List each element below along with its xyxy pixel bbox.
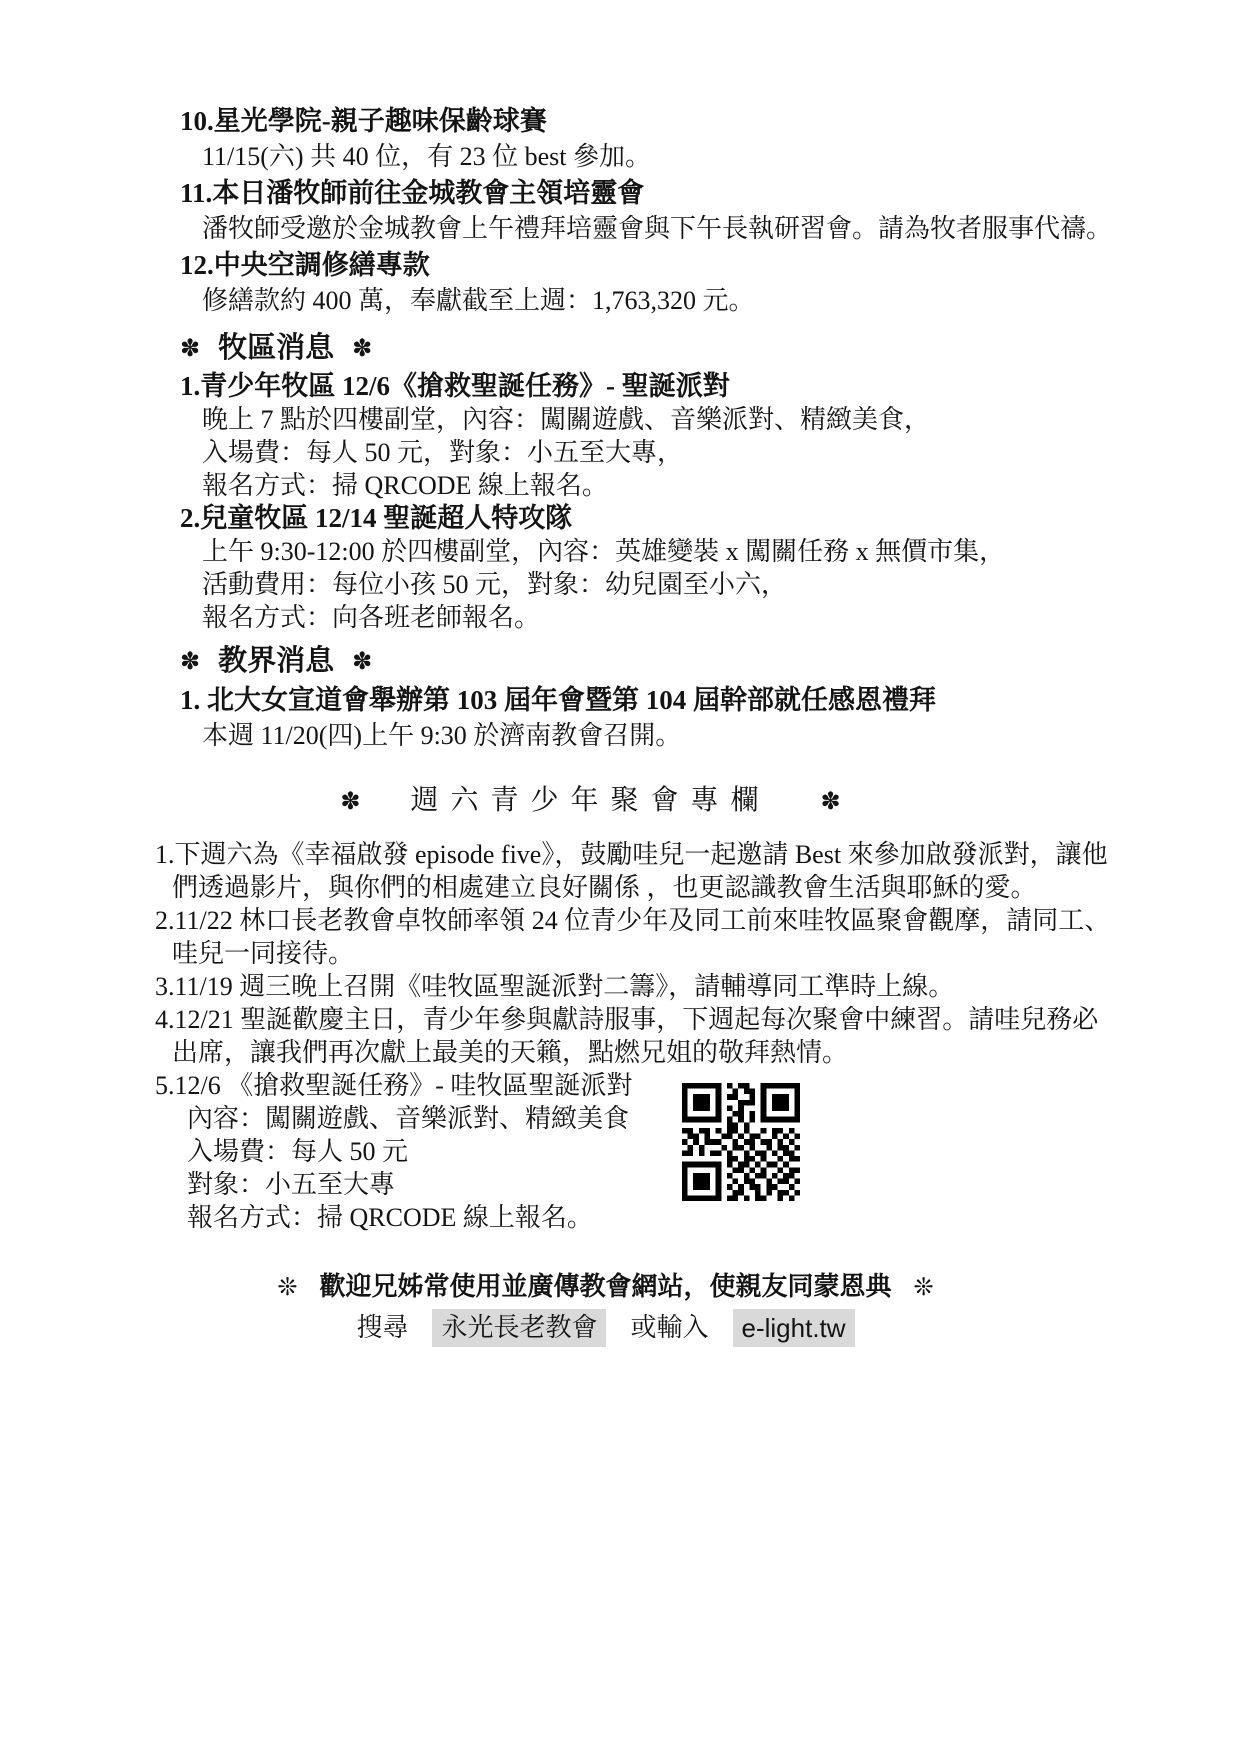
site-name-highlight: 永光長老教會 [432, 1309, 606, 1347]
youth-column-header: ✽ 週六青少年聚會專欄 ✽ [0, 781, 1211, 821]
footer-search-line: 搜尋 永光長老教會 或輸入 e-light.tw [0, 1309, 1226, 1347]
announcement-title: 10.星光學院-親子趣味保齡球賽 [180, 103, 1121, 139]
flower-icon: ✽ [352, 649, 372, 673]
youth-item-line: 2.11/22 林口長老教會卓牧師率領 24 位青少年及同工前來哇牧區聚會觀摩，… [155, 904, 1111, 937]
youth-item-line: 出席，讓我們再次獻上最美的天籟，點燃兄姐的敬拜熱情。 [155, 1036, 1111, 1069]
news-item-line: 報名方式：掃 QRCODE 線上報名。 [202, 469, 1121, 502]
section-title: 教界消息 [218, 639, 334, 683]
footer-middle-label: 或輸入 [630, 1311, 708, 1345]
church-news-header: ✽ 教界消息 ✽ [180, 639, 1241, 683]
youth-item-detail: 報名方式：掃 QRCODE 線上報名。 [155, 1201, 1111, 1234]
news-item-line: 活動費用：每位小孩 50 元，對象：幼兒園至小六， [202, 568, 1121, 601]
district-news-items: 1.青少年牧區 12/6《搶救聖誕任務》- 聖誕派對 晚上 7 點於四樓副堂，內… [180, 370, 1121, 634]
youth-column-items: 1.下週六為《幸福啟發 episode five》，鼓勵哇兒一起邀請 Best … [155, 838, 1111, 1234]
youth-item-line: 1.下週六為《幸福啟發 episode five》，鼓勵哇兒一起邀請 Best … [155, 838, 1111, 871]
flower-outline-icon: ❊ [277, 1275, 297, 1299]
news-item-title: 1.青少年牧區 12/6《搶救聖誕任務》- 聖誕派對 [180, 370, 1121, 403]
announcement-body-line: 潘牧師受邀於金城教會上午禮拜培靈會與下午長執研習會。請為牧者服事代禱。 [202, 211, 1121, 247]
news-item-line: 報名方式：向各班老師報名。 [202, 601, 1121, 634]
youth-item-line: 哇兒一同接待。 [155, 937, 1111, 970]
news-item-line: 上午 9:30-12:00 於四樓副堂，內容：英雄變裝 x 闖關任務 x 無價市… [202, 535, 1121, 568]
footer-welcome-text: 歡迎兄姊常使用並廣傳教會網站，使親友同蒙恩典 [319, 1270, 891, 1304]
church-news-items: 1. 北大女宣道會舉辦第 103 屆年會暨第 104 屆幹部就任感恩禮拜 本週 … [180, 683, 1121, 753]
youth-item-detail: 對象：小五至大專 [155, 1168, 1111, 1201]
flower-icon: ✽ [821, 789, 841, 813]
section-title: 牧區消息 [218, 326, 334, 370]
flower-icon: ✽ [180, 336, 200, 360]
youth-item-detail: 內容：闖關遊戲、音樂派對、精緻美食 [155, 1102, 1111, 1135]
youth-item-line: 5.12/6 《搶救聖誕任務》- 哇牧區聖誕派對 [155, 1069, 1111, 1102]
announcement-body-line: 11/15(六) 共 40 位，有 23 位 best 參加。 [202, 139, 1121, 175]
news-item-line: 入場費：每人 50 元，對象：小五至大專， [202, 436, 1121, 469]
qr-code [682, 1082, 800, 1202]
youth-item-detail: 入場費：每人 50 元 [155, 1135, 1111, 1168]
announcements-section: 10.星光學院-親子趣味保齡球賽 11/15(六) 共 40 位，有 23 位 … [180, 0, 1121, 319]
site-url-highlight: e-light.tw [733, 1309, 855, 1347]
news-item-title: 1. 北大女宣道會舉辦第 103 屆年會暨第 104 屆幹部就任感恩禮拜 [180, 683, 1121, 718]
flower-icon: ✽ [340, 789, 360, 813]
district-news-header: ✽ 牧區消息 ✽ [180, 326, 1241, 370]
flower-icon: ✽ [352, 336, 372, 360]
announcement-title: 12.中央空調修繕專款 [180, 247, 1121, 283]
footer: ❊ 歡迎兄姊常使用並廣傳教會網站，使親友同蒙恩典 ❊ 搜尋 永光長老教會 或輸入… [0, 1270, 1226, 1347]
bulletin-page: 10.星光學院-親子趣味保齡球賽 11/15(六) 共 40 位，有 23 位 … [0, 0, 1241, 1755]
youth-item-line: 4.12/21 聖誕歡慶主日，青少年參與獻詩服事，下週起每次聚會中練習。請哇兒務… [155, 1003, 1111, 1036]
announcement-title: 11.本日潘牧師前往金城教會主領培靈會 [180, 175, 1121, 211]
news-item-line: 晚上 7 點於四樓副堂，內容：闖關遊戲、音樂派對、精緻美食， [202, 403, 1121, 436]
search-label: 搜尋 [356, 1311, 408, 1345]
announcement-body-line: 修繕款約 400 萬，奉獻截至上週：1,763,320 元。 [202, 283, 1121, 319]
flower-icon: ✽ [180, 649, 200, 673]
news-item-line: 本週 11/20(四)上午 9:30 於濟南教會召開。 [202, 718, 1121, 753]
flower-outline-icon: ❊ [914, 1275, 934, 1299]
youth-column-title: 週六青少年聚會專欄 [410, 781, 770, 821]
footer-welcome-line: ❊ 歡迎兄姊常使用並廣傳教會網站，使親友同蒙恩典 ❊ [0, 1270, 1226, 1304]
youth-item-line: 們透過影片，與你們的相處建立良好關係 ，也更認識教會生活與耶穌的愛。 [155, 871, 1111, 904]
news-item-title: 2.兒童牧區 12/14 聖誕超人特攻隊 [180, 502, 1121, 535]
youth-item-line: 3.11/19 週三晚上召開《哇牧區聖誕派對二籌》，請輔導同工準時上線。 [155, 970, 1111, 1003]
